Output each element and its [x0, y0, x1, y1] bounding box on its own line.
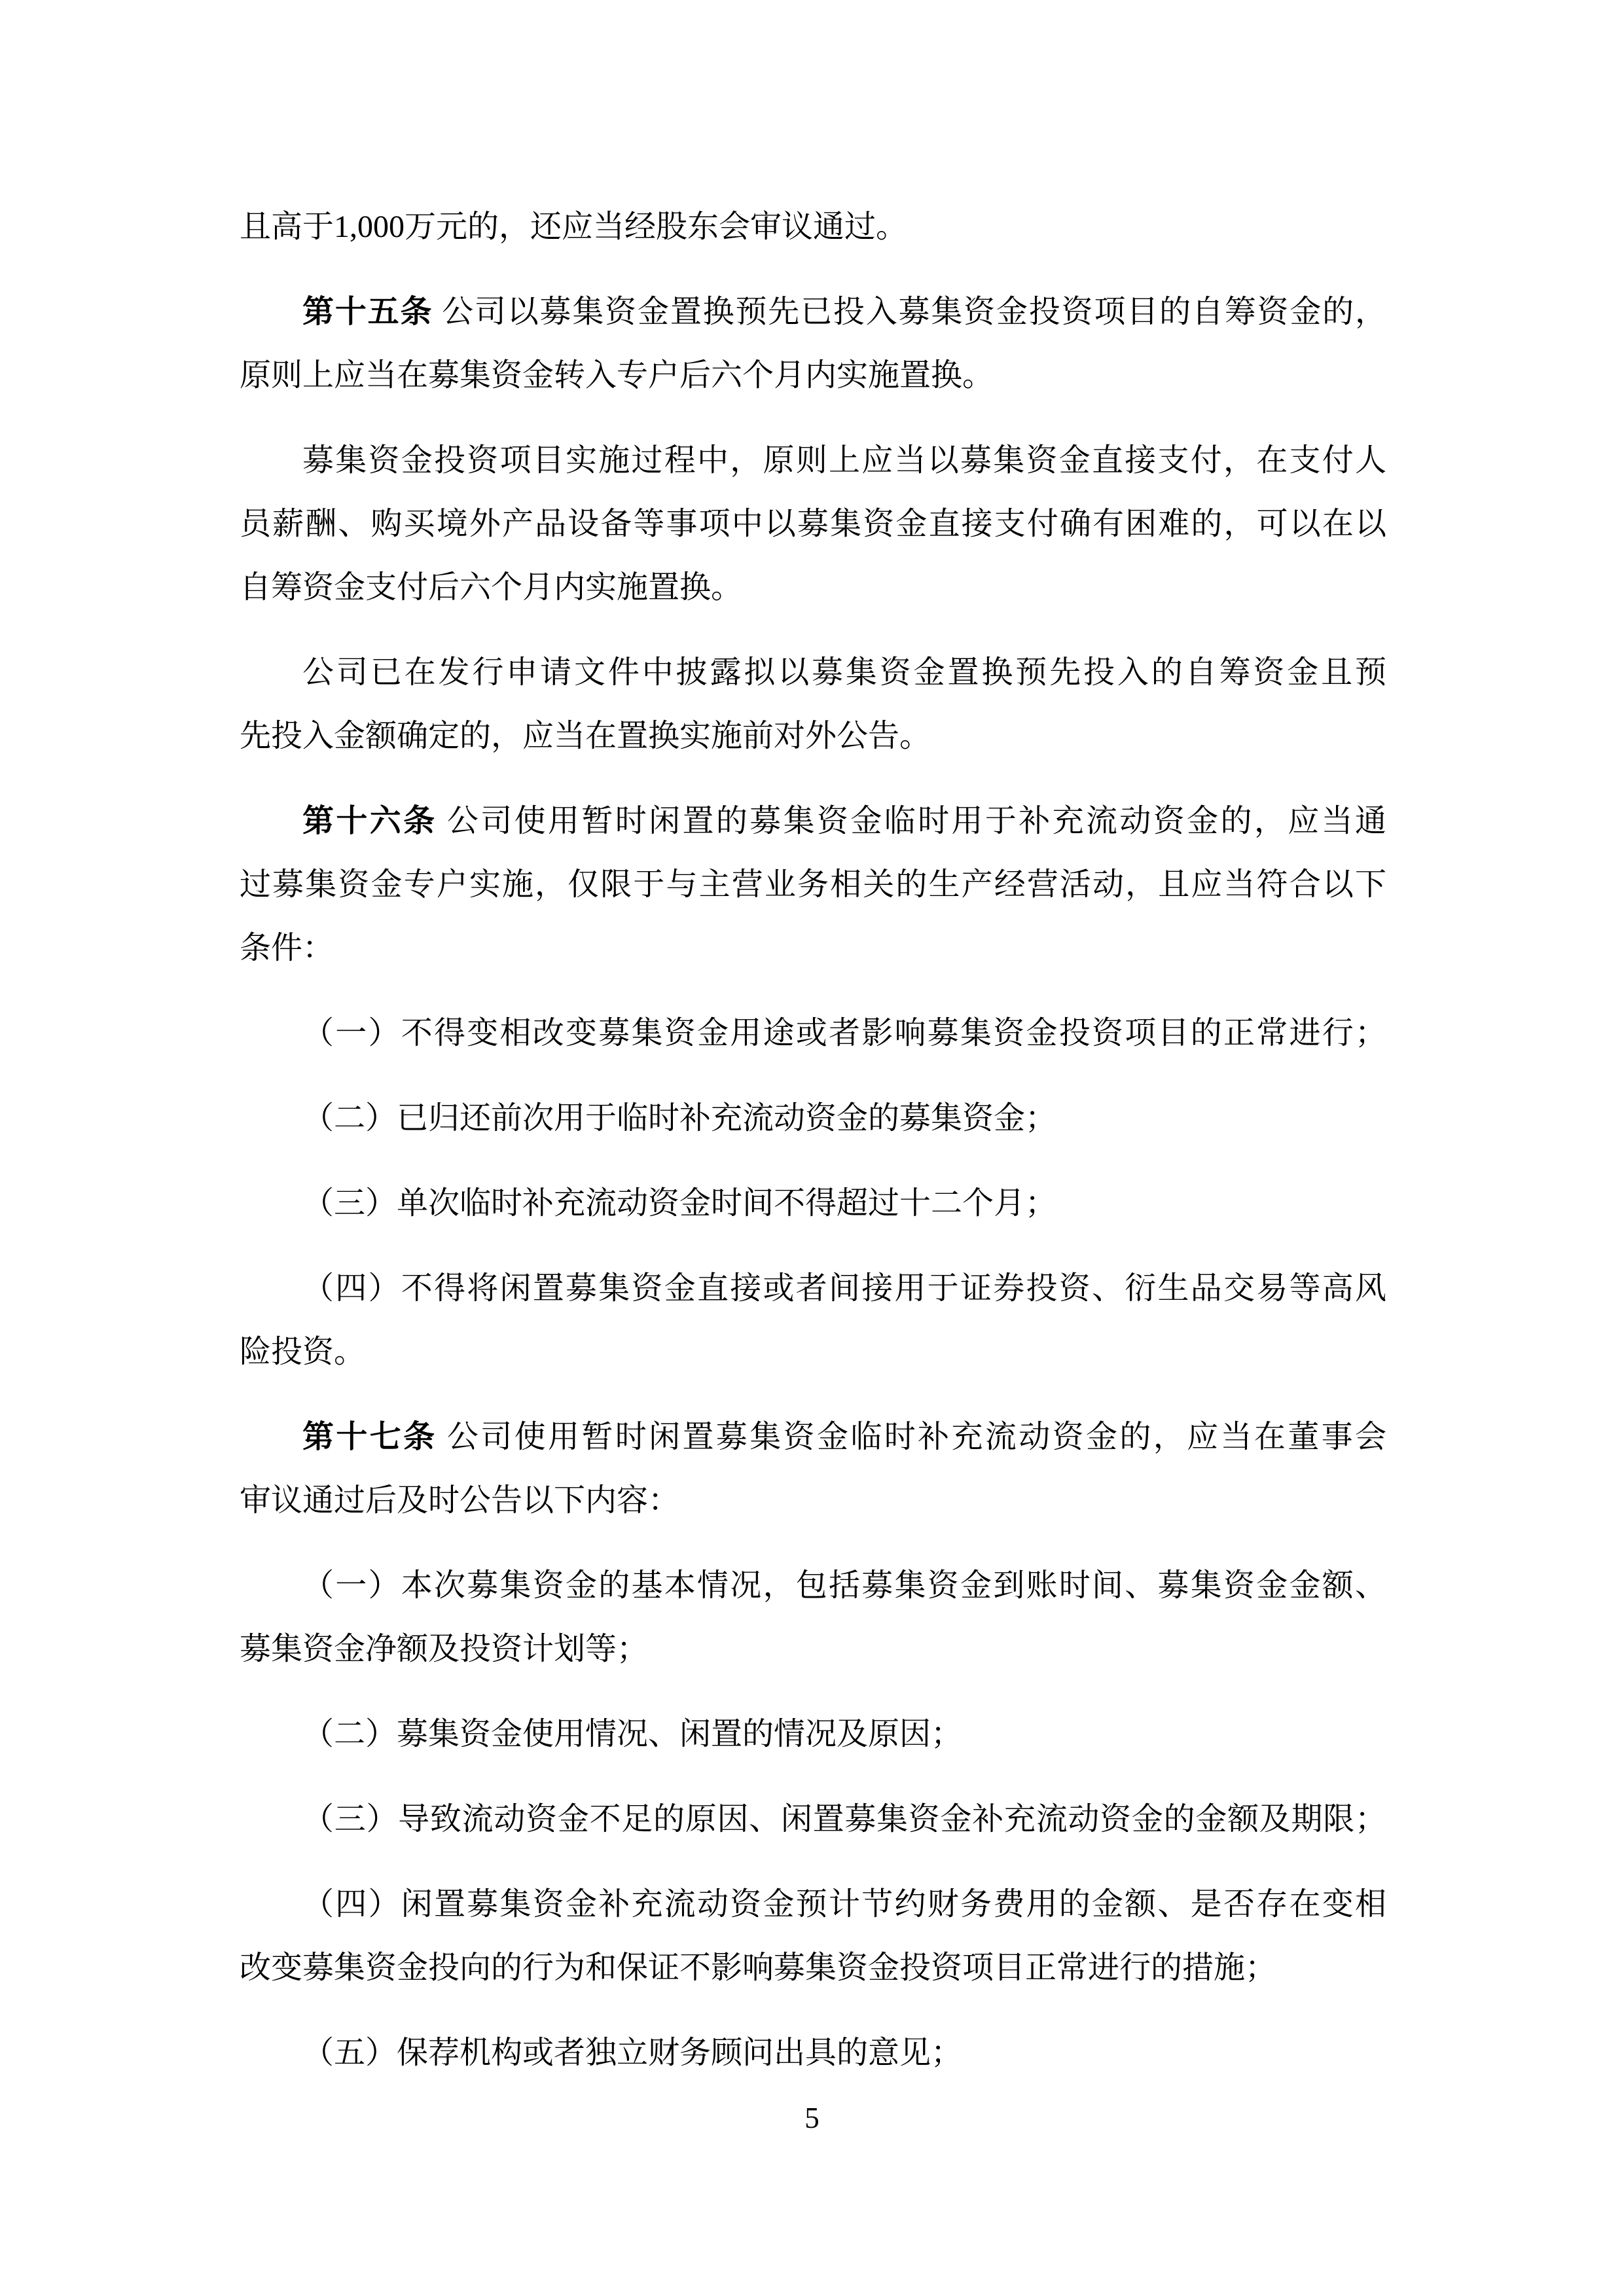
text-segment: （二）已归还前次用于临时补充流动资金的募集资金；: [302, 1101, 1056, 1136]
text-line: （一）不得变相改变募集资金用途或者影响募集资金投资项目的正常进行；: [240, 1001, 1386, 1065]
text-segment: （四）不得将闲置募集资金直接或者间接用于证券投资、衍生品交易等高风: [302, 1271, 1386, 1306]
para-article-16-item-2: （二）已归还前次用于临时补充流动资金的募集资金；: [240, 1086, 1386, 1150]
text-line: 募集资金投资项目实施过程中，原则上应当以募集资金直接支付，在支付人: [240, 429, 1386, 492]
text-segment: 条件：: [240, 931, 334, 965]
text-line: 公司已在发行申请文件中披露拟以募集资金置换预先投入的自筹资金且预: [240, 641, 1386, 704]
text-segment: 公司以募集资金置换预先已投入募集资金投资项目的自筹资金的，: [433, 295, 1386, 329]
text-line: 员薪酬、购买境外产品设备等事项中以募集资金直接支付确有困难的，可以在以: [240, 492, 1386, 556]
para-article-16-item-1: （一）不得变相改变募集资金用途或者影响募集资金投资项目的正常进行；: [240, 1001, 1386, 1065]
para-article-17: 第十七条 公司使用暂时闲置募集资金临时补充流动资金的，应当在董事会审议通过后及时…: [240, 1405, 1386, 1532]
document-page: 且高于1,000万元的，还应当经股东会审议通过。第十五条 公司以募集资金置换预先…: [0, 0, 1624, 2296]
text-line: 且高于1,000万元的，还应当经股东会审议通过。: [240, 195, 1386, 259]
text-line: （三）单次临时补充流动资金时间不得超过十二个月；: [240, 1172, 1386, 1235]
text-segment: 过募集资金专户实施，仅限于与主营业务相关的生产经营活动，且应当符合以下: [240, 867, 1386, 902]
text-line: （二）已归还前次用于临时补充流动资金的募集资金；: [240, 1086, 1386, 1150]
para-article-17-item-3: （三）导致流动资金不足的原因、闲置募集资金补充流动资金的金额及期限；: [240, 1787, 1386, 1851]
text-line: （五）保荐机构或者独立财务顾问出具的意见；: [240, 2021, 1386, 2085]
text-line: 原则上应当在募集资金转入专户后六个月内实施置换。: [240, 344, 1386, 407]
para-continuation: 且高于1,000万元的，还应当经股东会审议通过。: [240, 195, 1386, 259]
text-segment: （三）单次临时补充流动资金时间不得超过十二个月；: [302, 1186, 1056, 1221]
text-line: 过募集资金专户实施，仅限于与主营业务相关的生产经营活动，且应当符合以下: [240, 853, 1386, 916]
text-segment: （一）本次募集资金的基本情况，包括募集资金到账时间、募集资金金额、: [302, 1568, 1386, 1603]
text-segment: 审议通过后及时公告以下内容：: [240, 1483, 679, 1518]
article-number: 第十七条: [302, 1420, 437, 1454]
text-line: 改变募集资金投向的行为和保证不影响募集资金投资项目正常进行的措施；: [240, 1936, 1386, 2000]
text-line: 第十六条 公司使用暂时闲置的募集资金临时用于补充流动资金的，应当通: [240, 789, 1386, 853]
text-line: 募集资金净额及投资计划等；: [240, 1617, 1386, 1681]
text-segment: 险投资。: [240, 1335, 365, 1369]
document-body: 且高于1,000万元的，还应当经股东会审议通过。第十五条 公司以募集资金置换预先…: [240, 195, 1386, 2085]
text-segment: 员薪酬、购买境外产品设备等事项中以募集资金直接支付确有困难的，可以在以: [240, 507, 1386, 541]
text-line: （四）闲置募集资金补充流动资金预计节约财务费用的金额、是否存在变相: [240, 1873, 1386, 1936]
text-segment: （四）闲置募集资金补充流动资金预计节约财务费用的金额、是否存在变相: [302, 1887, 1386, 1922]
text-line: 条件：: [240, 916, 1386, 980]
text-segment: 公司已在发行申请文件中披露拟以募集资金置换预先投入的自筹资金且预: [302, 655, 1386, 690]
text-segment: （三）导致流动资金不足的原因、闲置募集资金补充流动资金的金额及期限；: [302, 1802, 1386, 1837]
text-segment: 且高于1,000万元的，还应当经股东会审议通过。: [240, 209, 907, 244]
text-segment: （二）募集资金使用情况、闲置的情况及原因；: [302, 1717, 962, 1751]
para-article-15-3: 公司已在发行申请文件中披露拟以募集资金置换预先投入的自筹资金且预先投入金额确定的…: [240, 641, 1386, 768]
article-number: 第十五条: [302, 295, 433, 329]
text-segment: 募集资金净额及投资计划等；: [240, 1632, 648, 1666]
page-number: 5: [804, 2102, 820, 2134]
para-article-16-item-3: （三）单次临时补充流动资金时间不得超过十二个月；: [240, 1172, 1386, 1235]
text-segment: 改变募集资金投向的行为和保证不影响募集资金投资项目正常进行的措施；: [240, 1950, 1276, 1985]
para-article-17-item-2: （二）募集资金使用情况、闲置的情况及原因；: [240, 1702, 1386, 1766]
text-line: 先投入金额确定的，应当在置换实施前对外公告。: [240, 704, 1386, 768]
text-segment: 原则上应当在募集资金转入专户后六个月内实施置换。: [240, 358, 994, 393]
text-line: 险投资。: [240, 1320, 1386, 1384]
text-line: （一）本次募集资金的基本情况，包括募集资金到账时间、募集资金金额、: [240, 1554, 1386, 1617]
para-article-17-item-1: （一）本次募集资金的基本情况，包括募集资金到账时间、募集资金金额、募集资金净额及…: [240, 1554, 1386, 1681]
text-line: （二）募集资金使用情况、闲置的情况及原因；: [240, 1702, 1386, 1766]
text-segment: 先投入金额确定的，应当在置换实施前对外公告。: [240, 719, 931, 753]
text-line: 自筹资金支付后六个月内实施置换。: [240, 556, 1386, 619]
para-article-16: 第十六条 公司使用暂时闲置的募集资金临时用于补充流动资金的，应当通过募集资金专户…: [240, 789, 1386, 980]
text-line: 审议通过后及时公告以下内容：: [240, 1469, 1386, 1532]
text-segment: （一）不得变相改变募集资金用途或者影响募集资金投资项目的正常进行；: [302, 1016, 1386, 1050]
text-line: 第十五条 公司以募集资金置换预先已投入募集资金投资项目的自筹资金的，: [240, 280, 1386, 344]
para-article-17-item-4: （四）闲置募集资金补充流动资金预计节约财务费用的金额、是否存在变相改变募集资金投…: [240, 1873, 1386, 2000]
text-segment: 公司使用暂时闲置的募集资金临时用于补充流动资金的，应当通: [437, 804, 1386, 838]
text-segment: （五）保荐机构或者独立财务顾问出具的意见；: [302, 2036, 962, 2070]
text-segment: 公司使用暂时闲置募集资金临时补充流动资金的，应当在董事会: [437, 1420, 1386, 1454]
text-line: （四）不得将闲置募集资金直接或者间接用于证券投资、衍生品交易等高风: [240, 1257, 1386, 1320]
article-number: 第十六条: [302, 804, 437, 838]
para-article-17-item-5: （五）保荐机构或者独立财务顾问出具的意见；: [240, 2021, 1386, 2085]
text-segment: 募集资金投资项目实施过程中，原则上应当以募集资金直接支付，在支付人: [302, 443, 1386, 478]
text-line: （三）导致流动资金不足的原因、闲置募集资金补充流动资金的金额及期限；: [240, 1787, 1386, 1851]
page-footer: 5: [0, 2098, 1624, 2138]
text-line: 第十七条 公司使用暂时闲置募集资金临时补充流动资金的，应当在董事会: [240, 1405, 1386, 1469]
para-article-16-item-4: （四）不得将闲置募集资金直接或者间接用于证券投资、衍生品交易等高风险投资。: [240, 1257, 1386, 1384]
text-segment: 自筹资金支付后六个月内实施置换。: [240, 570, 742, 605]
para-article-15-2: 募集资金投资项目实施过程中，原则上应当以募集资金直接支付，在支付人员薪酬、购买境…: [240, 429, 1386, 619]
para-article-15: 第十五条 公司以募集资金置换预先已投入募集资金投资项目的自筹资金的，原则上应当在…: [240, 280, 1386, 407]
